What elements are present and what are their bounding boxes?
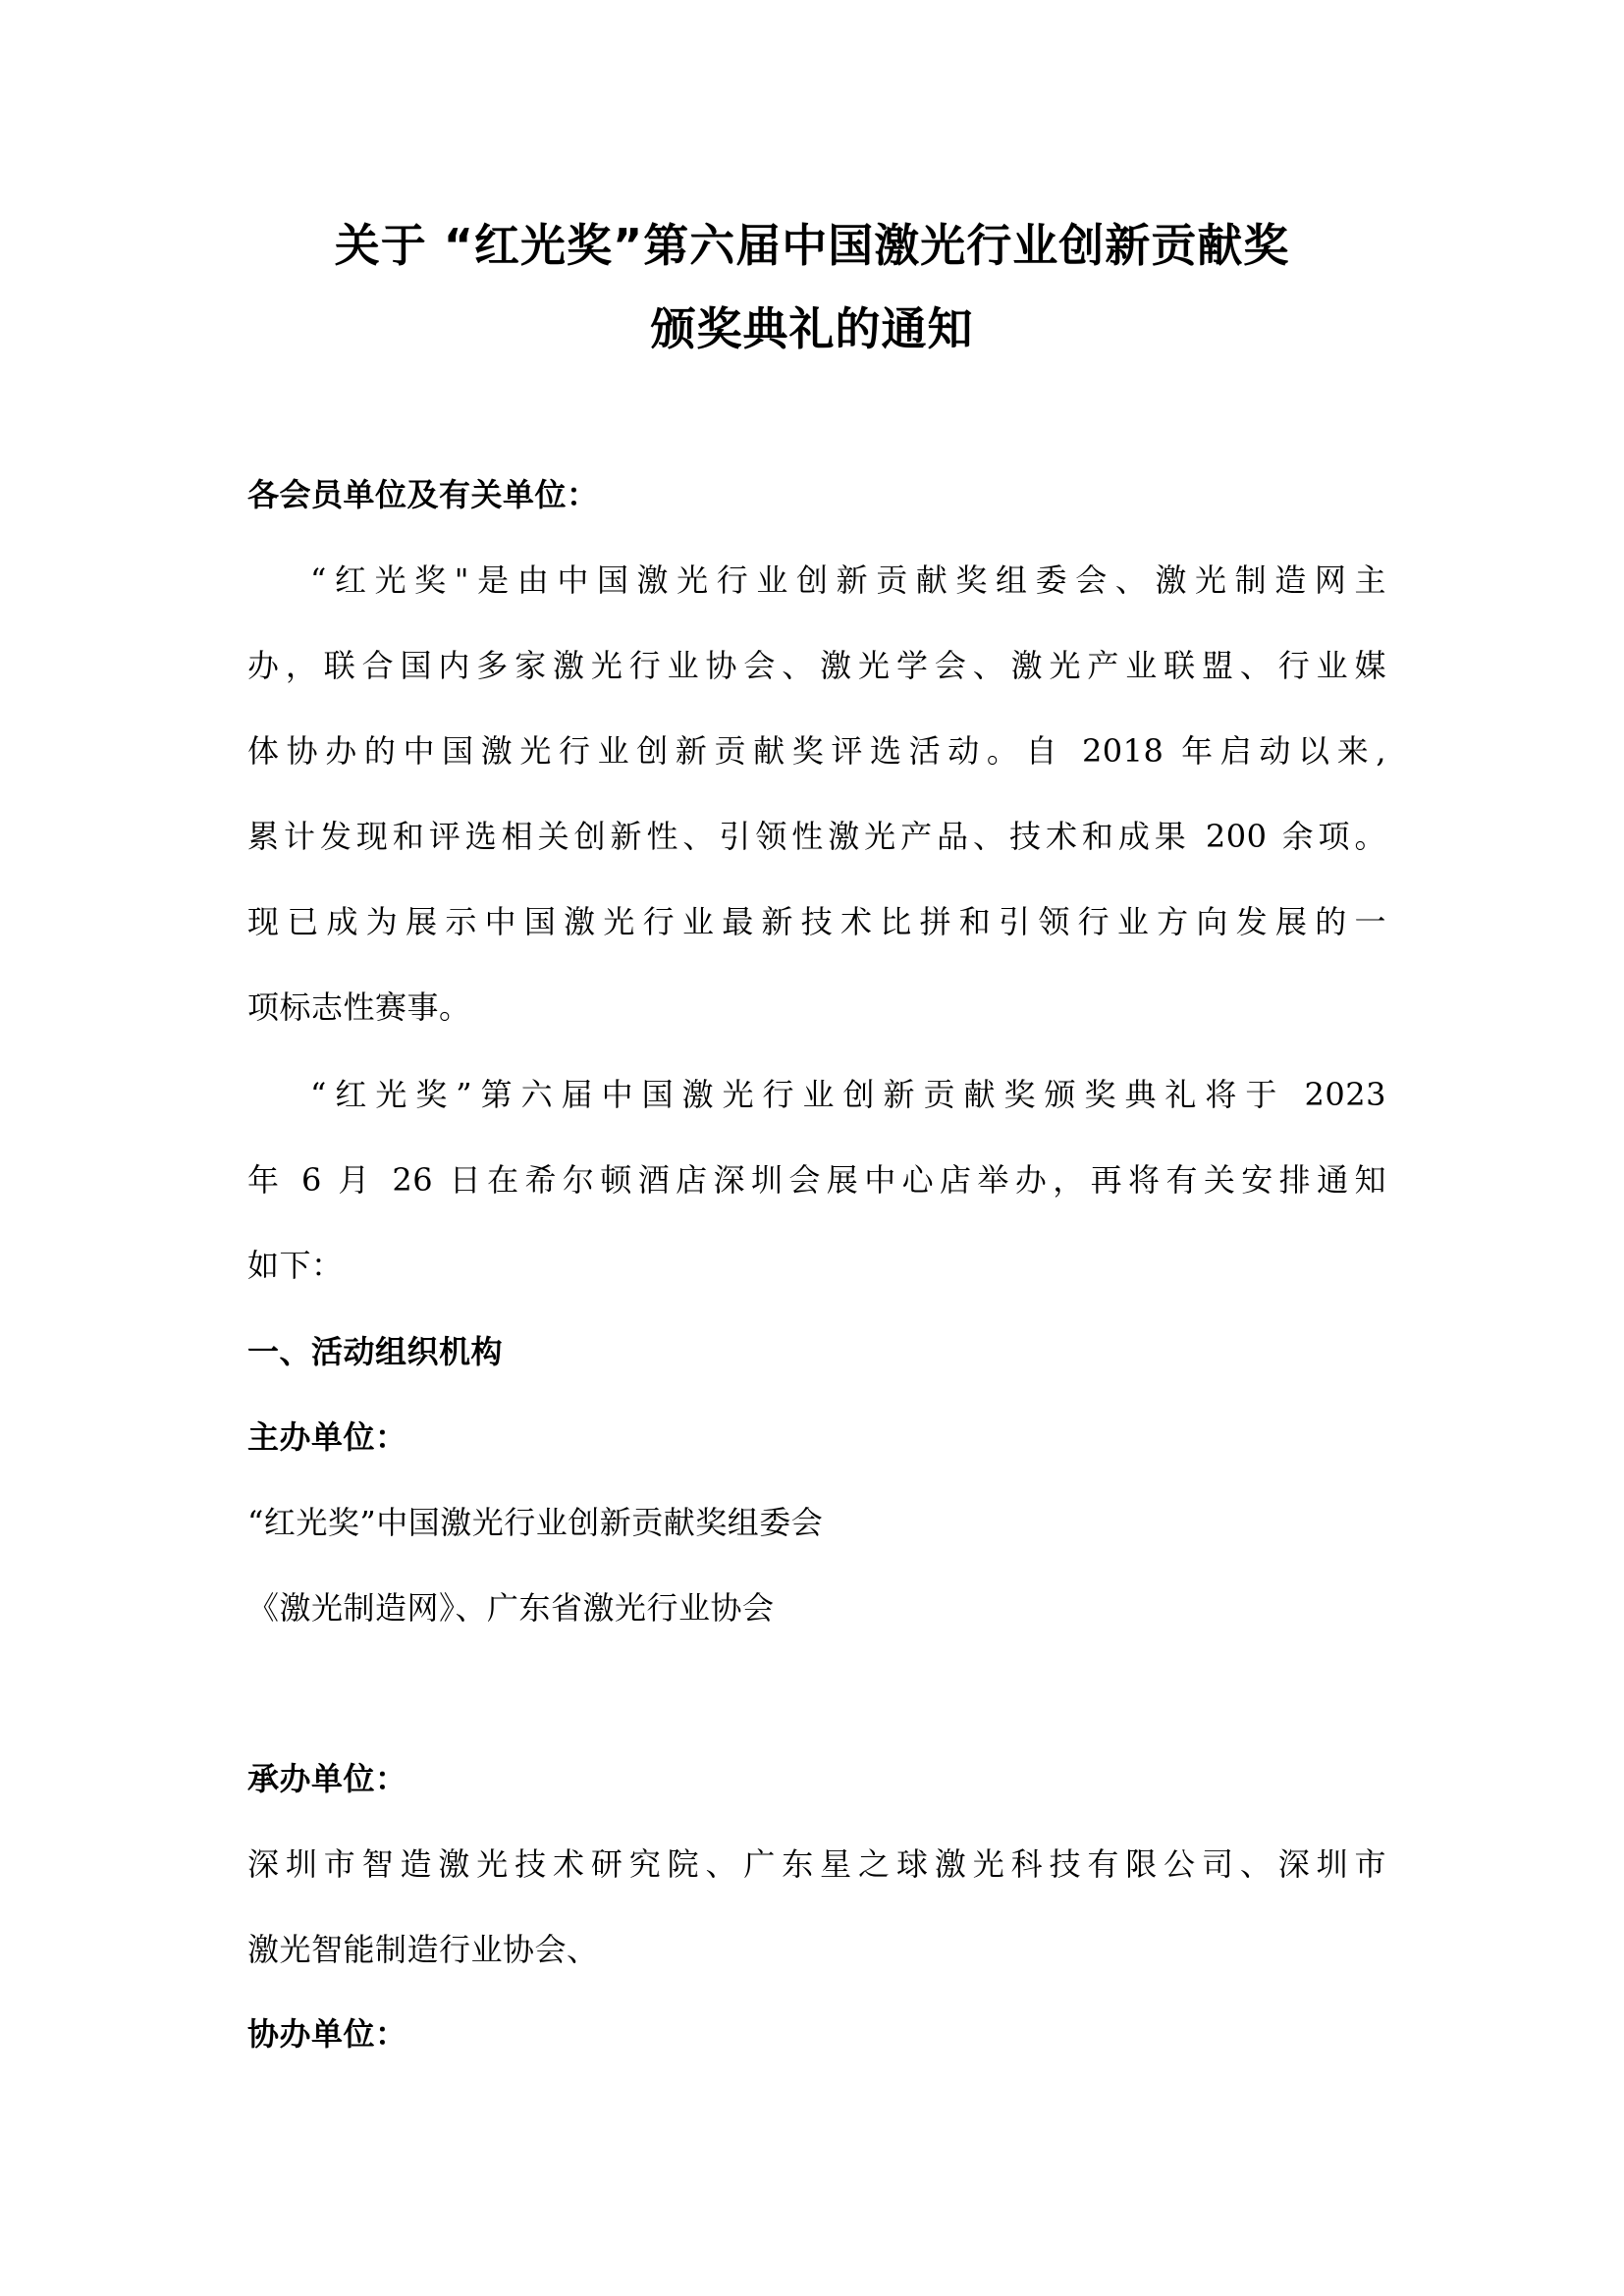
- paragraph-1-line: 累计发现和评选相关创新性、引领性激光产品、技术和成果 200 余项。: [247, 815, 1386, 858]
- organizer-item: 《激光制造网》、广东省激光行业协会: [247, 1586, 1386, 1629]
- paragraph-2-line: 如下：: [247, 1244, 1386, 1287]
- organizer-item: “红光奖”中国激光行业创新贡献奖组委会: [247, 1501, 1386, 1544]
- host-heading: 承办单位：: [247, 1757, 1386, 1800]
- document-page: 关于 “红光奖”第六届中国激光行业创新贡献奖 颁奖典礼的通知 各会员单位及有关单…: [0, 0, 1624, 2296]
- paragraph-1-line: 办，联合国内多家激光行业协会、激光学会、激光产业联盟、行业媒: [247, 644, 1386, 687]
- paragraph-2-line: “红光奖”第六届中国激光行业创新贡献奖颁奖典礼将于 2023: [310, 1073, 1386, 1116]
- document-title-line-1: 关于 “红光奖”第六届中国激光行业创新贡献奖: [0, 216, 1624, 275]
- salutation: 各会员单位及有关单位：: [247, 473, 1386, 516]
- document-title-line-2: 颁奖典礼的通知: [0, 299, 1624, 358]
- paragraph-2-line: 年 6 月 26 日在希尔顿酒店深圳会展中心店举办，再将有关安排通知: [247, 1158, 1386, 1201]
- host-item: 激光智能制造行业协会、: [247, 1928, 1386, 1971]
- host-item: 深圳市智造激光技术研究院、广东星之球激光科技有限公司、深圳市: [247, 1842, 1386, 1886]
- paragraph-1-line: 项标志性赛事。: [247, 986, 1386, 1029]
- co-organizer-heading: 协办单位：: [247, 2012, 1386, 2056]
- paragraph-1-line: 体协办的中国激光行业创新贡献奖评选活动。自 2018 年启动以来,: [247, 729, 1386, 773]
- organizer-heading: 主办单位：: [247, 1415, 1386, 1459]
- paragraph-1-line: 现已成为展示中国激光行业最新技术比拼和引领行业方向发展的一: [247, 900, 1386, 943]
- section-heading-organization: 一、活动组织机构: [247, 1330, 1386, 1373]
- paragraph-1-line: “红光奖"是由中国激光行业创新贡献奖组委会、激光制造网主: [310, 559, 1386, 602]
